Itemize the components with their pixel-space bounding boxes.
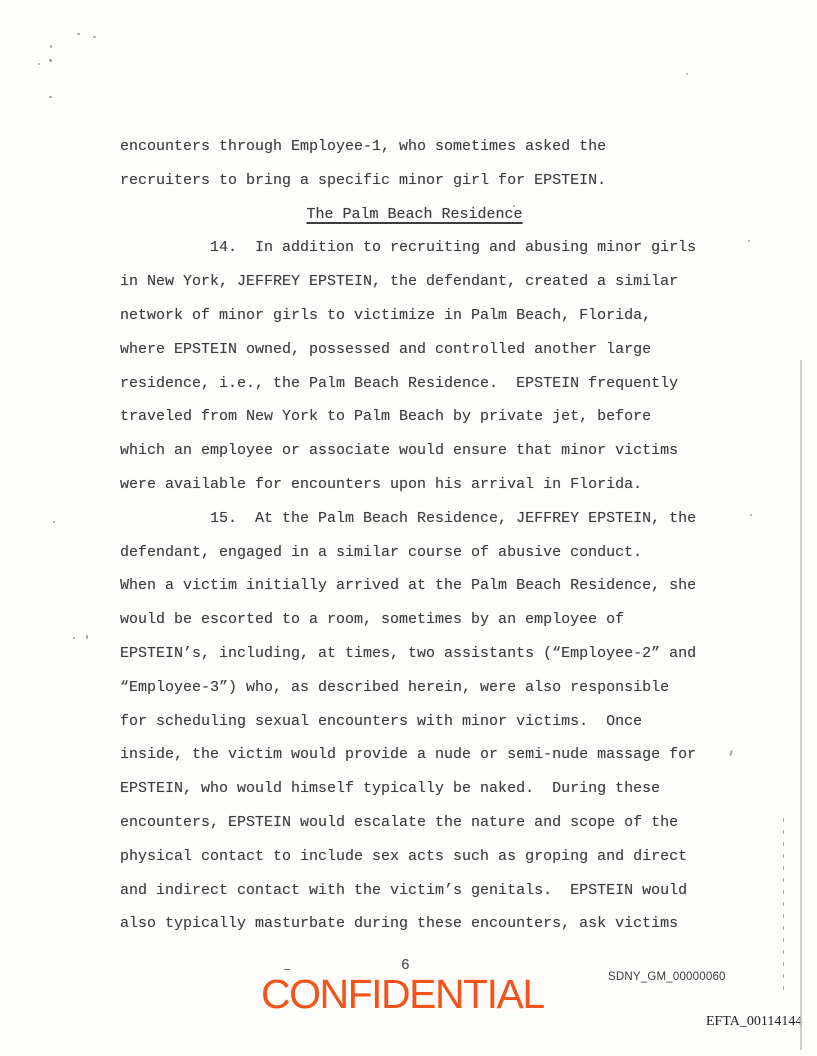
scan-dashed-line bbox=[783, 818, 784, 990]
scan-speckle bbox=[50, 45, 52, 48]
scan-speckle bbox=[748, 240, 750, 242]
scan-speckle bbox=[53, 521, 55, 523]
document-line: defendant, engaged in a similar course o… bbox=[120, 536, 725, 570]
scan-speckle bbox=[86, 635, 88, 639]
document-line: also typically masturbate during these e… bbox=[120, 907, 725, 941]
scan-edge-line bbox=[800, 360, 802, 1050]
document-line: residence, i.e., the Palm Beach Residenc… bbox=[120, 367, 725, 401]
document-line: encounters through Employee-1, who somet… bbox=[120, 130, 725, 164]
document-line: physical contact to include sex acts suc… bbox=[120, 840, 725, 874]
scan-speckle bbox=[750, 514, 752, 516]
document-line: encounters, EPSTEIN would escalate the n… bbox=[120, 806, 725, 840]
bates-number: SDNY_GM_00000060 bbox=[608, 971, 726, 983]
document-line: and indirect contact with the victim’s g… bbox=[120, 874, 725, 908]
scan-speckle bbox=[729, 750, 733, 756]
document-line: for scheduling sexual encounters with mi… bbox=[120, 705, 725, 739]
document-line: recruiters to bring a specific minor gir… bbox=[120, 164, 725, 198]
confidential-stamp: CONFIDENTIAL bbox=[261, 974, 544, 1015]
document-line: “Employee-3”) who, as described herein, … bbox=[120, 671, 725, 705]
document-line: would be escorted to a room, sometimes b… bbox=[120, 603, 725, 637]
document-line: network of minor girls to victimize in P… bbox=[120, 299, 725, 333]
document-line: where EPSTEIN owned, possessed and contr… bbox=[120, 333, 725, 367]
document-line: 14. In addition to recruiting and abusin… bbox=[120, 231, 725, 265]
document-line: which an employee or associate would ens… bbox=[120, 434, 725, 468]
document-line: EPSTEIN, who would himself typically be … bbox=[120, 772, 725, 806]
scan-speckle bbox=[93, 36, 96, 38]
document-line: in New York, JEFFREY EPSTEIN, the defend… bbox=[120, 265, 725, 299]
document-line: were available for encounters upon his a… bbox=[120, 468, 725, 502]
document-page: encounters through Employee-1, who somet… bbox=[0, 0, 817, 1056]
document-line: When a victim initially arrived at the P… bbox=[120, 569, 725, 603]
scan-speckle bbox=[513, 205, 515, 207]
scan-speckle bbox=[686, 73, 688, 75]
scan-speckle bbox=[73, 637, 75, 639]
scan-speckle bbox=[38, 63, 40, 65]
document-line: 15. At the Palm Beach Residence, JEFFREY… bbox=[120, 502, 725, 536]
scan-speckle bbox=[49, 96, 52, 98]
production-number: EFTA_00114144 bbox=[706, 1014, 802, 1030]
scan-speckle bbox=[49, 59, 52, 62]
document-line: EPSTEIN’s, including, at times, two assi… bbox=[120, 637, 725, 671]
document-line: inside, the victim would provide a nude … bbox=[120, 738, 725, 772]
document-line: traveled from New York to Palm Beach by … bbox=[120, 400, 725, 434]
scan-speckle bbox=[77, 33, 80, 35]
document-body: encounters through Employee-1, who somet… bbox=[120, 130, 725, 941]
document-line: The Palm Beach Residence bbox=[120, 198, 725, 232]
